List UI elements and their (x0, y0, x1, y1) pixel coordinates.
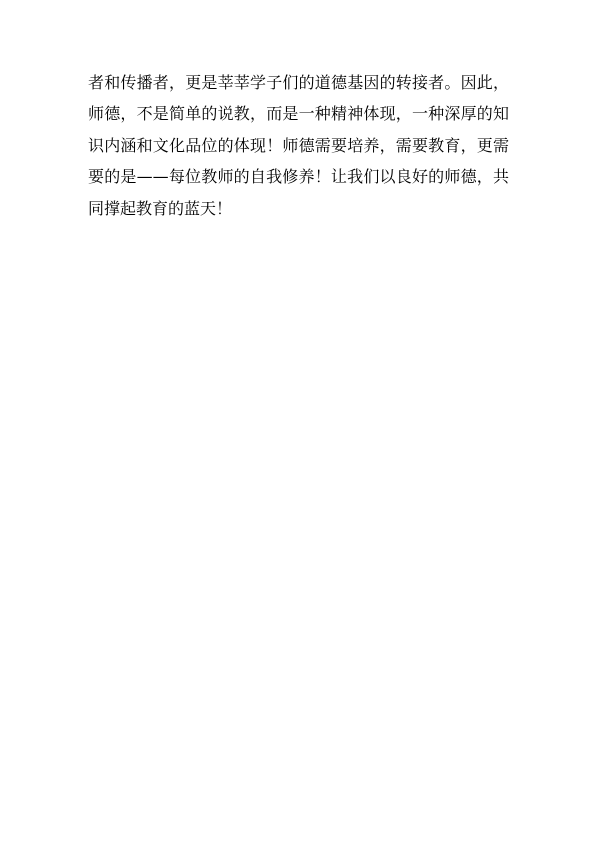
document-page: 者和传播者，更是莘莘学子们的道德基因的转接者。因此， 师德，不是简单的说教，而是… (0, 0, 595, 842)
text-line: 者和传播者，更是莘莘学子们的道德基因的转接者。因此， (88, 67, 509, 98)
text-line: 识内涵和文化品位的体现！师德需要培养，需要教育，更需 (88, 130, 509, 161)
text-line: 同撑起教育的蓝天！ (88, 193, 509, 224)
text-line: 师德，不是简单的说教，而是一种精神体现，一种深厚的知 (88, 98, 509, 129)
text-line: 要的是——每位教师的自我修养！让我们以良好的师德，共 (88, 161, 509, 192)
paragraph: 者和传播者，更是莘莘学子们的道德基因的转接者。因此， 师德，不是简单的说教，而是… (88, 67, 509, 224)
